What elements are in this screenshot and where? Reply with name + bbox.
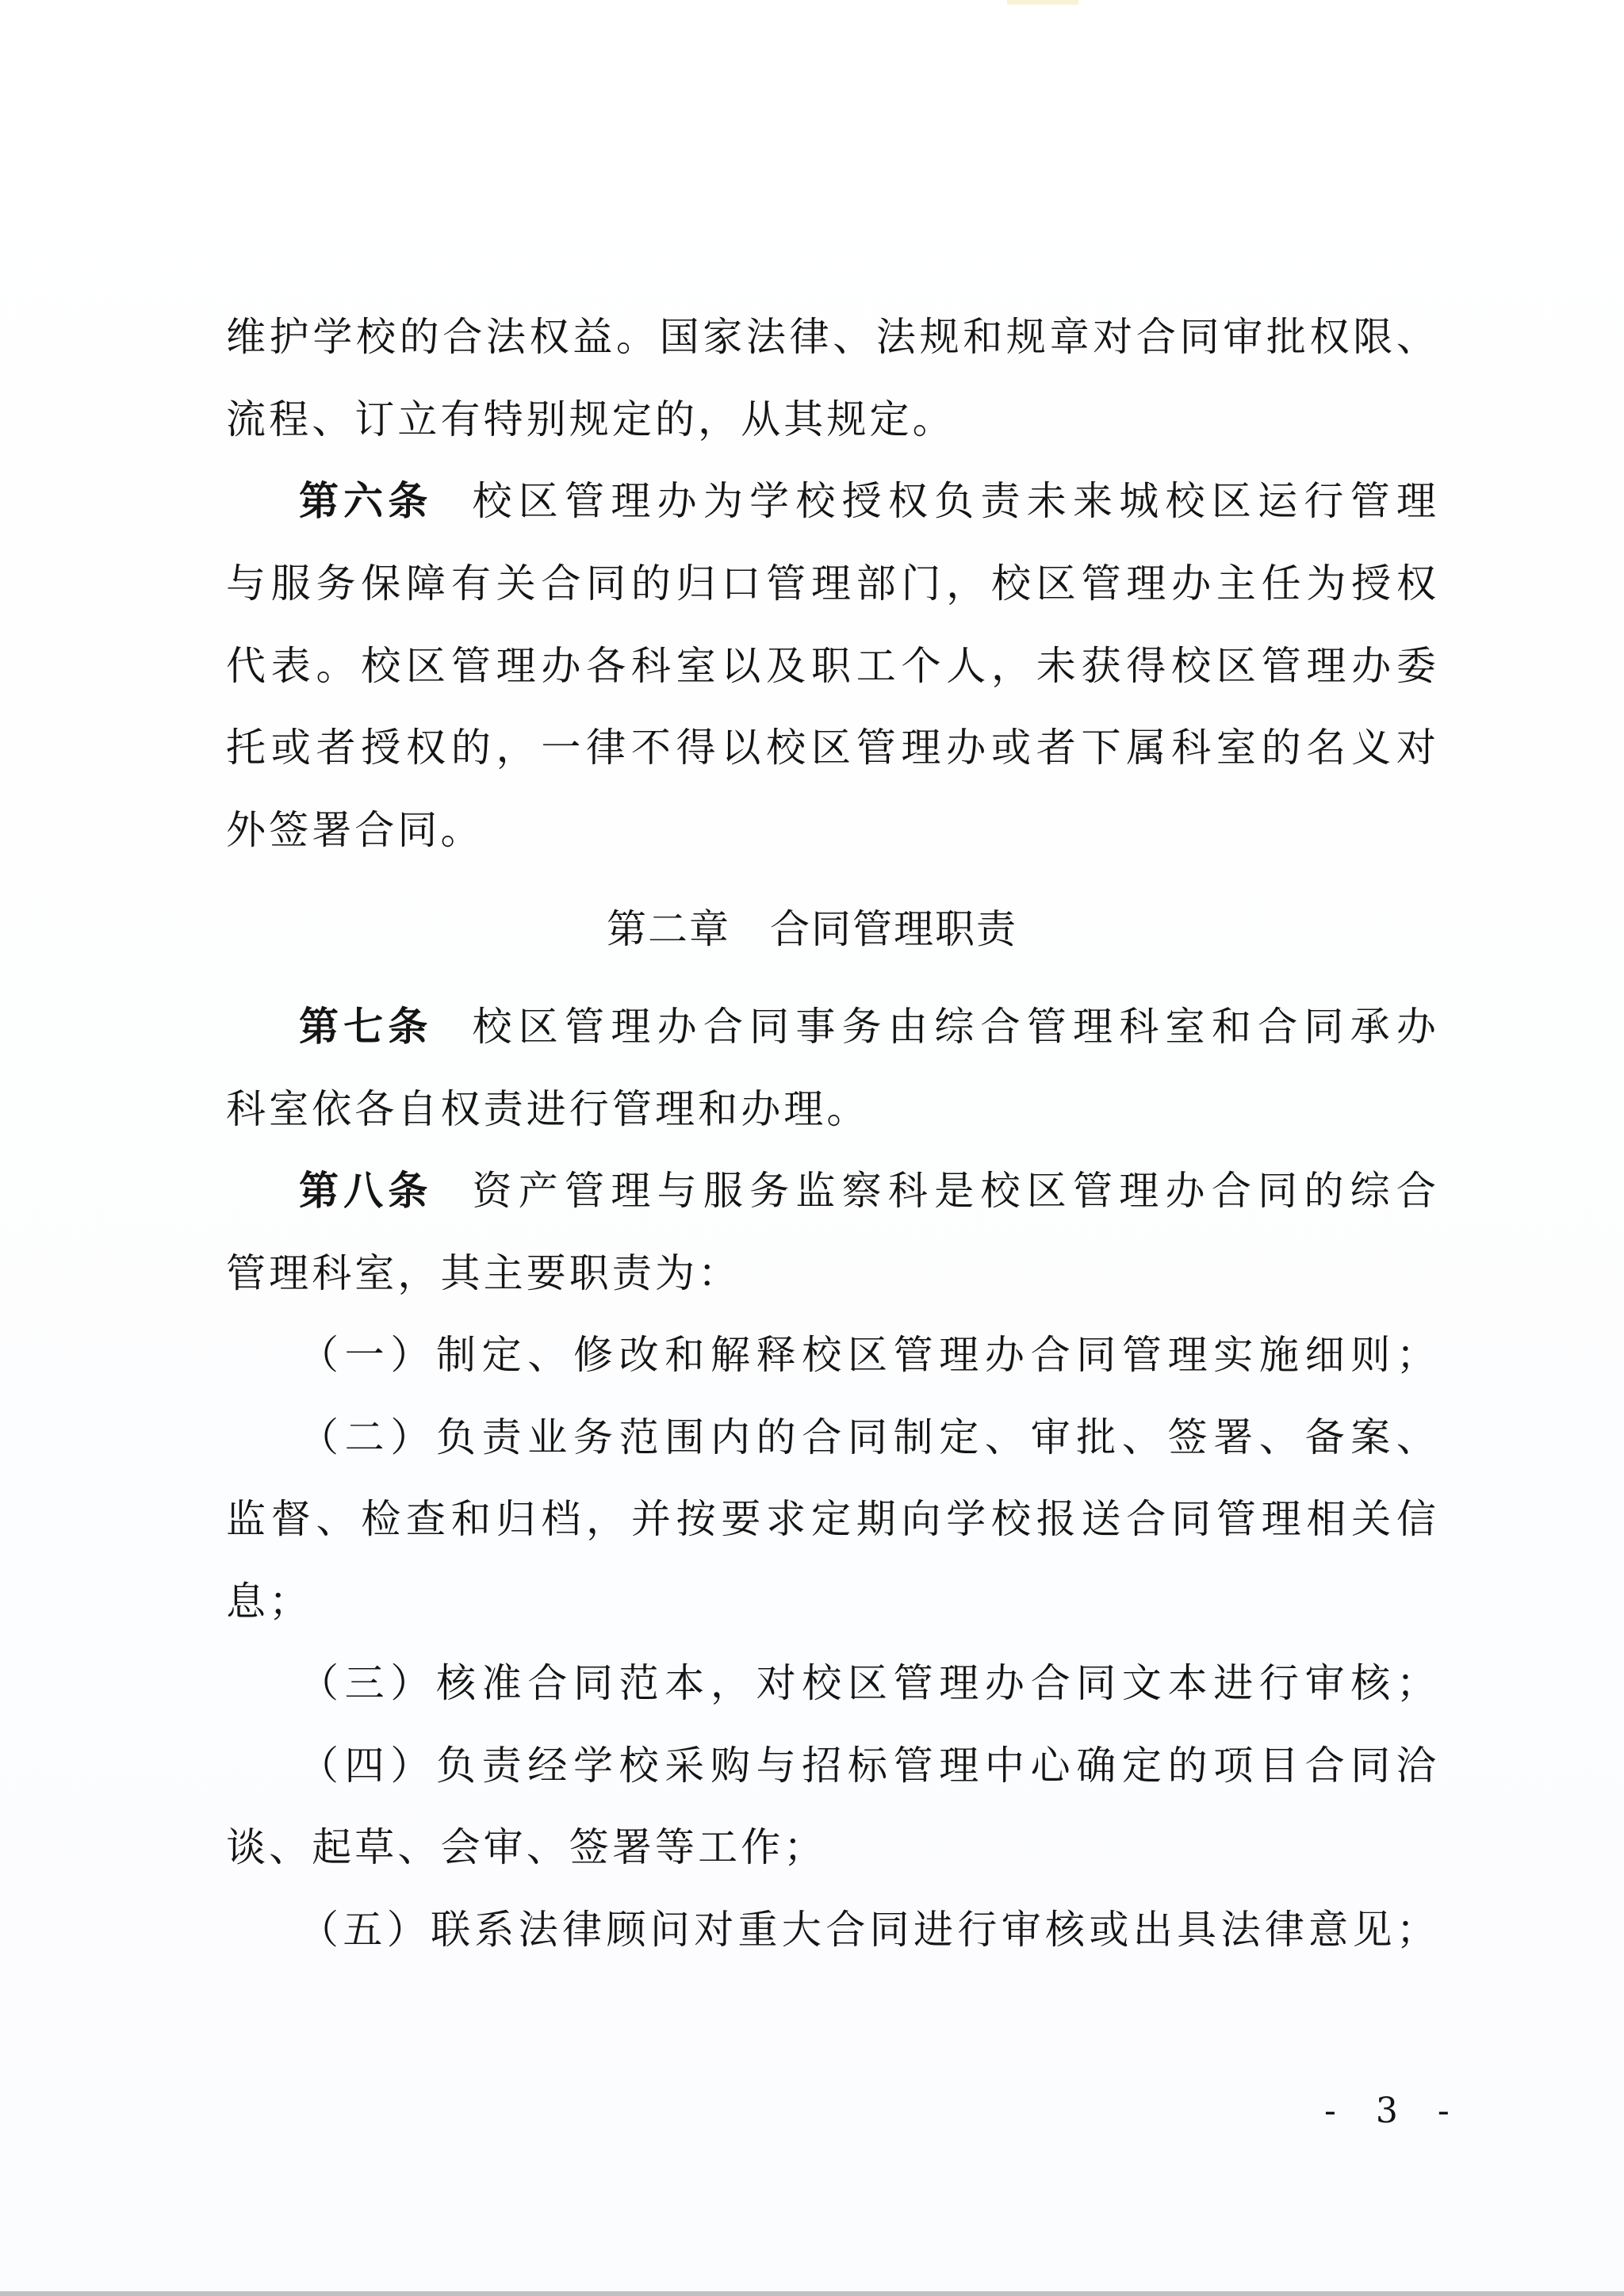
- body-line: 外签署合同。: [226, 806, 1439, 854]
- body-line: 息；: [226, 1578, 1439, 1625]
- chapter-title: 合同管理职责: [770, 906, 1017, 952]
- body-line: 谈、起草、会审、签署等工作；: [226, 1823, 1439, 1871]
- body-line: 托或者授权的，一律不得以校区管理办或者下属科室的名义对: [226, 724, 1439, 771]
- list-item-1: （一）制定、修改和解释校区管理办合同管理实施细则；: [226, 1331, 1439, 1379]
- document-page: 维护学校的合法权益。国家法律、法规和规章对合同审批权限、 流程、订立有特别规定的…: [0, 0, 1624, 2296]
- list-item-2: （二）负责业务范围内的合同制定、审批、签署、备案、: [226, 1414, 1439, 1461]
- article-6-line: 第六条校区管理办为学校授权负责未来城校区运行管理: [226, 477, 1439, 525]
- scan-artifact: [1007, 0, 1078, 5]
- body-line: 维护学校的合法权益。国家法律、法规和规章对合同审批权限、: [226, 313, 1439, 361]
- scan-edge: [0, 2291, 1624, 2296]
- article-text: 校区管理办合同事务由综合管理科室和合同承办: [473, 1004, 1439, 1050]
- article-label: 第六条: [299, 477, 433, 524]
- body-line: 流程、订立有特别规定的，从其规定。: [226, 396, 1439, 443]
- article-label: 第八条: [299, 1167, 433, 1214]
- article-text: 校区管理办为学校授权负责未来城校区运行管理: [473, 478, 1439, 524]
- body-line: 管理科室，其主要职责为：: [226, 1249, 1439, 1297]
- body-line: 与服务保障有关合同的归口管理部门，校区管理办主任为授权: [226, 560, 1439, 607]
- article-7-line: 第七条校区管理办合同事务由综合管理科室和合同承办: [226, 1003, 1439, 1050]
- chapter-number: 第二章: [607, 906, 730, 952]
- list-item-3: （三）核准合同范本，对校区管理办合同文本进行审核；: [226, 1659, 1439, 1707]
- page-number: - 3 -: [1324, 2091, 1464, 2131]
- body-line: 监督、检查和归档，并按要求定期向学校报送合同管理相关信: [226, 1495, 1439, 1543]
- article-text: 资产管理与服务监察科是校区管理办合同的综合: [473, 1168, 1439, 1214]
- chapter-heading: 第二章合同管理职责: [0, 905, 1624, 953]
- article-8-line: 第八条资产管理与服务监察科是校区管理办合同的综合: [226, 1167, 1439, 1215]
- list-item-5: （五）联系法律顾问对重大合同进行审核或出具法律意见；: [226, 1906, 1439, 1954]
- body-line: 代表。校区管理办各科室以及职工个人，未获得校区管理办委: [226, 642, 1439, 690]
- list-item-4: （四）负责经学校采购与招标管理中心确定的项目合同洽: [226, 1742, 1439, 1789]
- body-line: 科室依各自权责进行管理和办理。: [226, 1085, 1439, 1133]
- article-label: 第七条: [299, 1003, 433, 1050]
